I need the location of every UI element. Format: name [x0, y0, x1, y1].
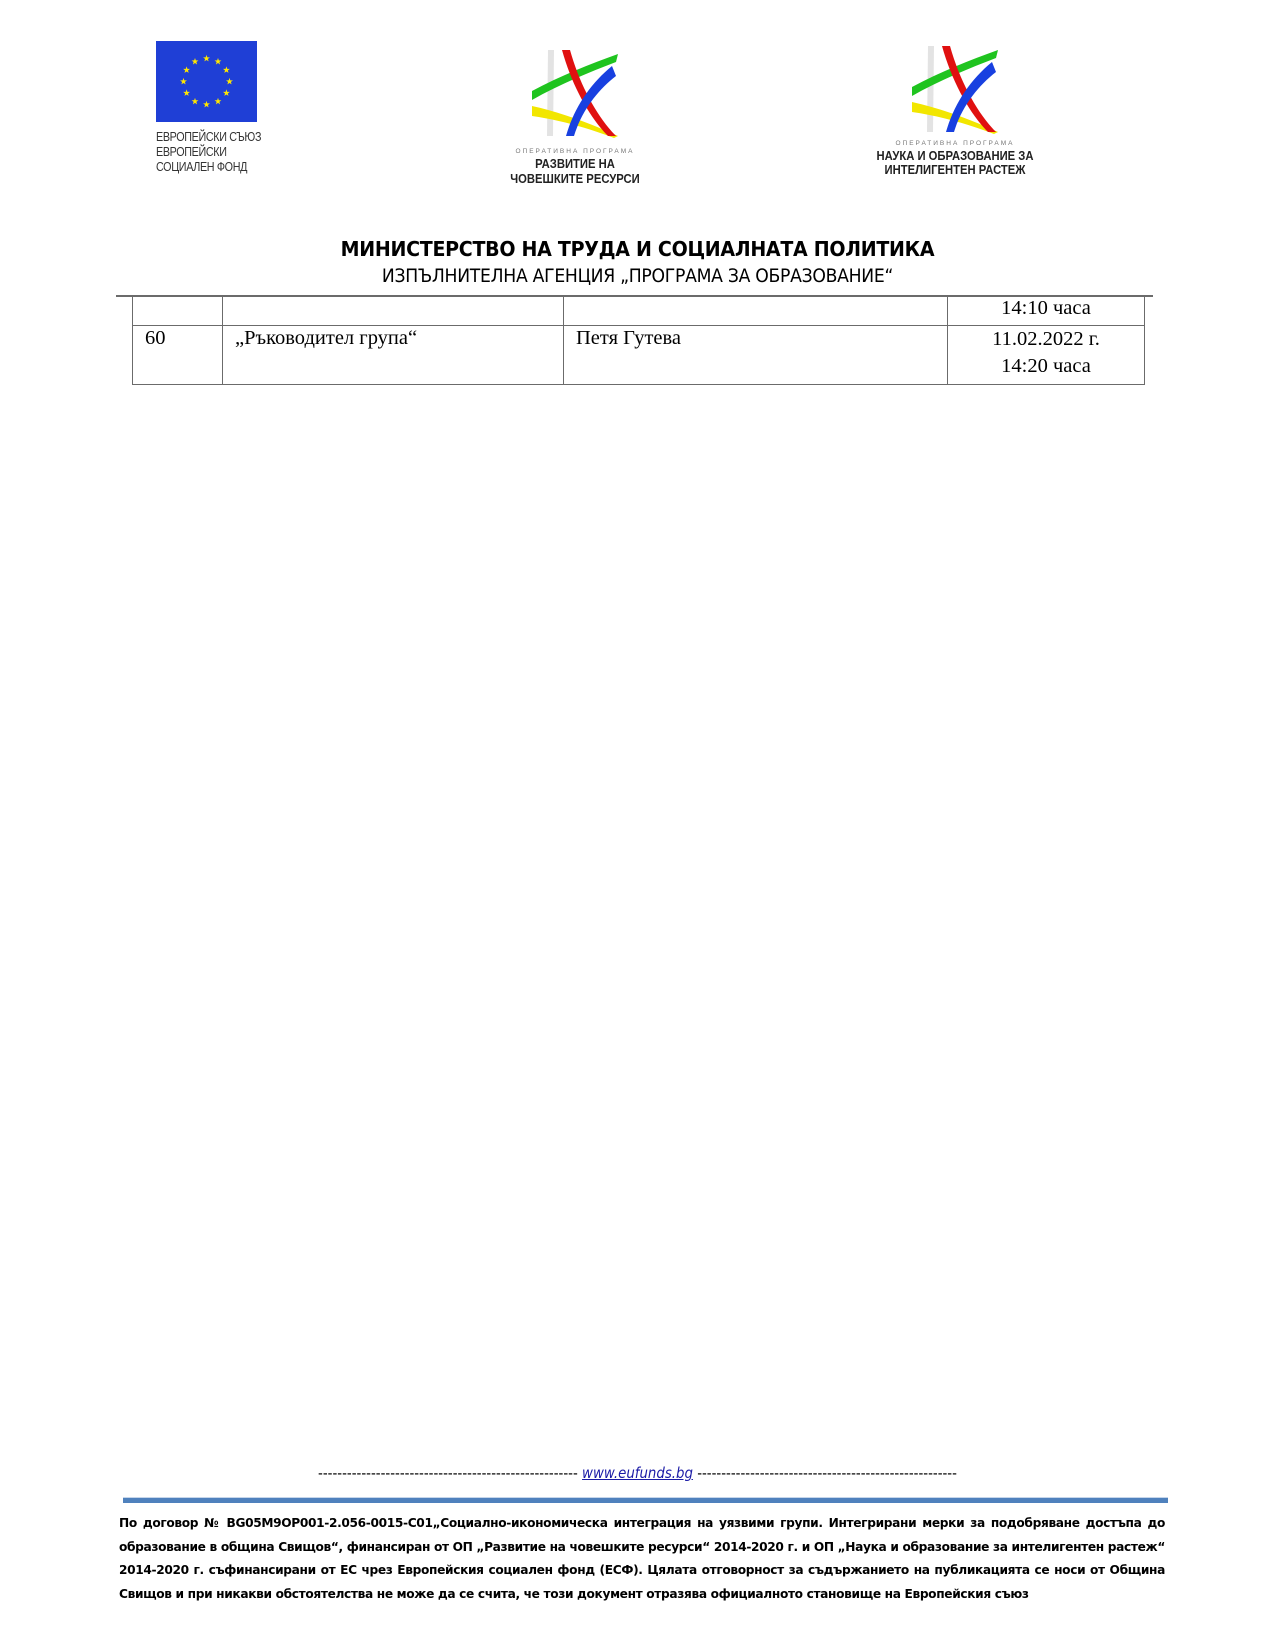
eu-flag-icon: [156, 41, 257, 122]
op-sesg-caption: ОПЕРАТИВНА ПРОГРАМА: [850, 140, 1060, 147]
cell-position: „Ръководител група“: [223, 326, 564, 385]
cell-time: 14:10 часа: [948, 296, 1144, 321]
op-sesg-logo: ОПЕРАТИВНА ПРОГРАМА НАУКА И ОБРАЗОВАНИЕ …: [850, 36, 1060, 186]
op-hr-caption: ОПЕРАТИВНА ПРОГРАМА: [470, 148, 680, 155]
cell-name: Петя Гутева: [564, 326, 948, 385]
schedule-table: 14:10 часа 60 „Ръководител група“ Петя Г…: [132, 296, 1145, 385]
op-hr-name-line-1: РАЗВИТИЕ НА: [481, 157, 670, 171]
dashes-left: ----------------------------------------…: [318, 1464, 578, 1482]
op-sesg-name-line-1: НАУКА И ОБРАЗОВАНИЕ ЗА: [861, 149, 1050, 163]
eufunds-link[interactable]: www.eufunds.bg: [582, 1464, 693, 1482]
ministry-title: МИНИСТЕРСТВО НА ТРУДА И СОЦИАЛНАТА ПОЛИТ…: [32, 237, 1243, 261]
table-row: 14:10 часа: [133, 296, 1145, 326]
agency-subtitle: ИЗПЪЛНИТЕЛНА АГЕНЦИЯ „ПРОГРАМА ЗА ОБРАЗО…: [45, 266, 1231, 287]
eu-logo-text-line-3: СОЦИАЛЕН ФОНД: [156, 160, 247, 175]
table-row: 60 „Ръководител група“ Петя Гутева 11.02…: [133, 326, 1145, 385]
cell-datetime: 14:10 часа: [948, 296, 1145, 326]
footer-funding-notice: По договор № BG05M9OP001-2.056-0015-C01„…: [119, 1512, 1165, 1606]
footer-link-line: ----------------------------------------…: [89, 1464, 1186, 1482]
op-hr-name-line-2: ЧОВЕШКИТЕ РЕСУРСИ: [481, 172, 670, 186]
cell-name: [564, 296, 948, 326]
footer-divider-bar: [123, 1498, 1168, 1503]
cell-date: 11.02.2022 г.: [948, 326, 1144, 353]
eu-logo-text-line-1: ЕВРОПЕЙСКИ СЪЮЗ: [156, 130, 261, 145]
eu-logo-text-line-2: ЕВРОПЕЙСКИ: [156, 145, 227, 160]
cell-time: 14:20 часа: [948, 353, 1144, 380]
funding-notice-text: По договор № BG05M9OP001-2.056-0015-C01„…: [119, 1512, 1165, 1606]
cell-position: [223, 296, 564, 326]
cell-number: 60: [133, 326, 223, 385]
cell-datetime: 11.02.2022 г. 14:20 часа: [948, 326, 1145, 385]
op-program-emblem-icon: [900, 42, 1000, 134]
op-hr-logo: ОПЕРАТИВНА ПРОГРАМА РАЗВИТИЕ НА ЧОВЕШКИТ…: [470, 38, 680, 188]
op-sesg-name-line-2: ИНТЕЛИГЕНТЕН РАСТЕЖ: [861, 163, 1050, 177]
op-program-emblem-icon: [520, 46, 620, 138]
dashes-right: ----------------------------------------…: [697, 1464, 957, 1482]
cell-number: [133, 296, 223, 326]
